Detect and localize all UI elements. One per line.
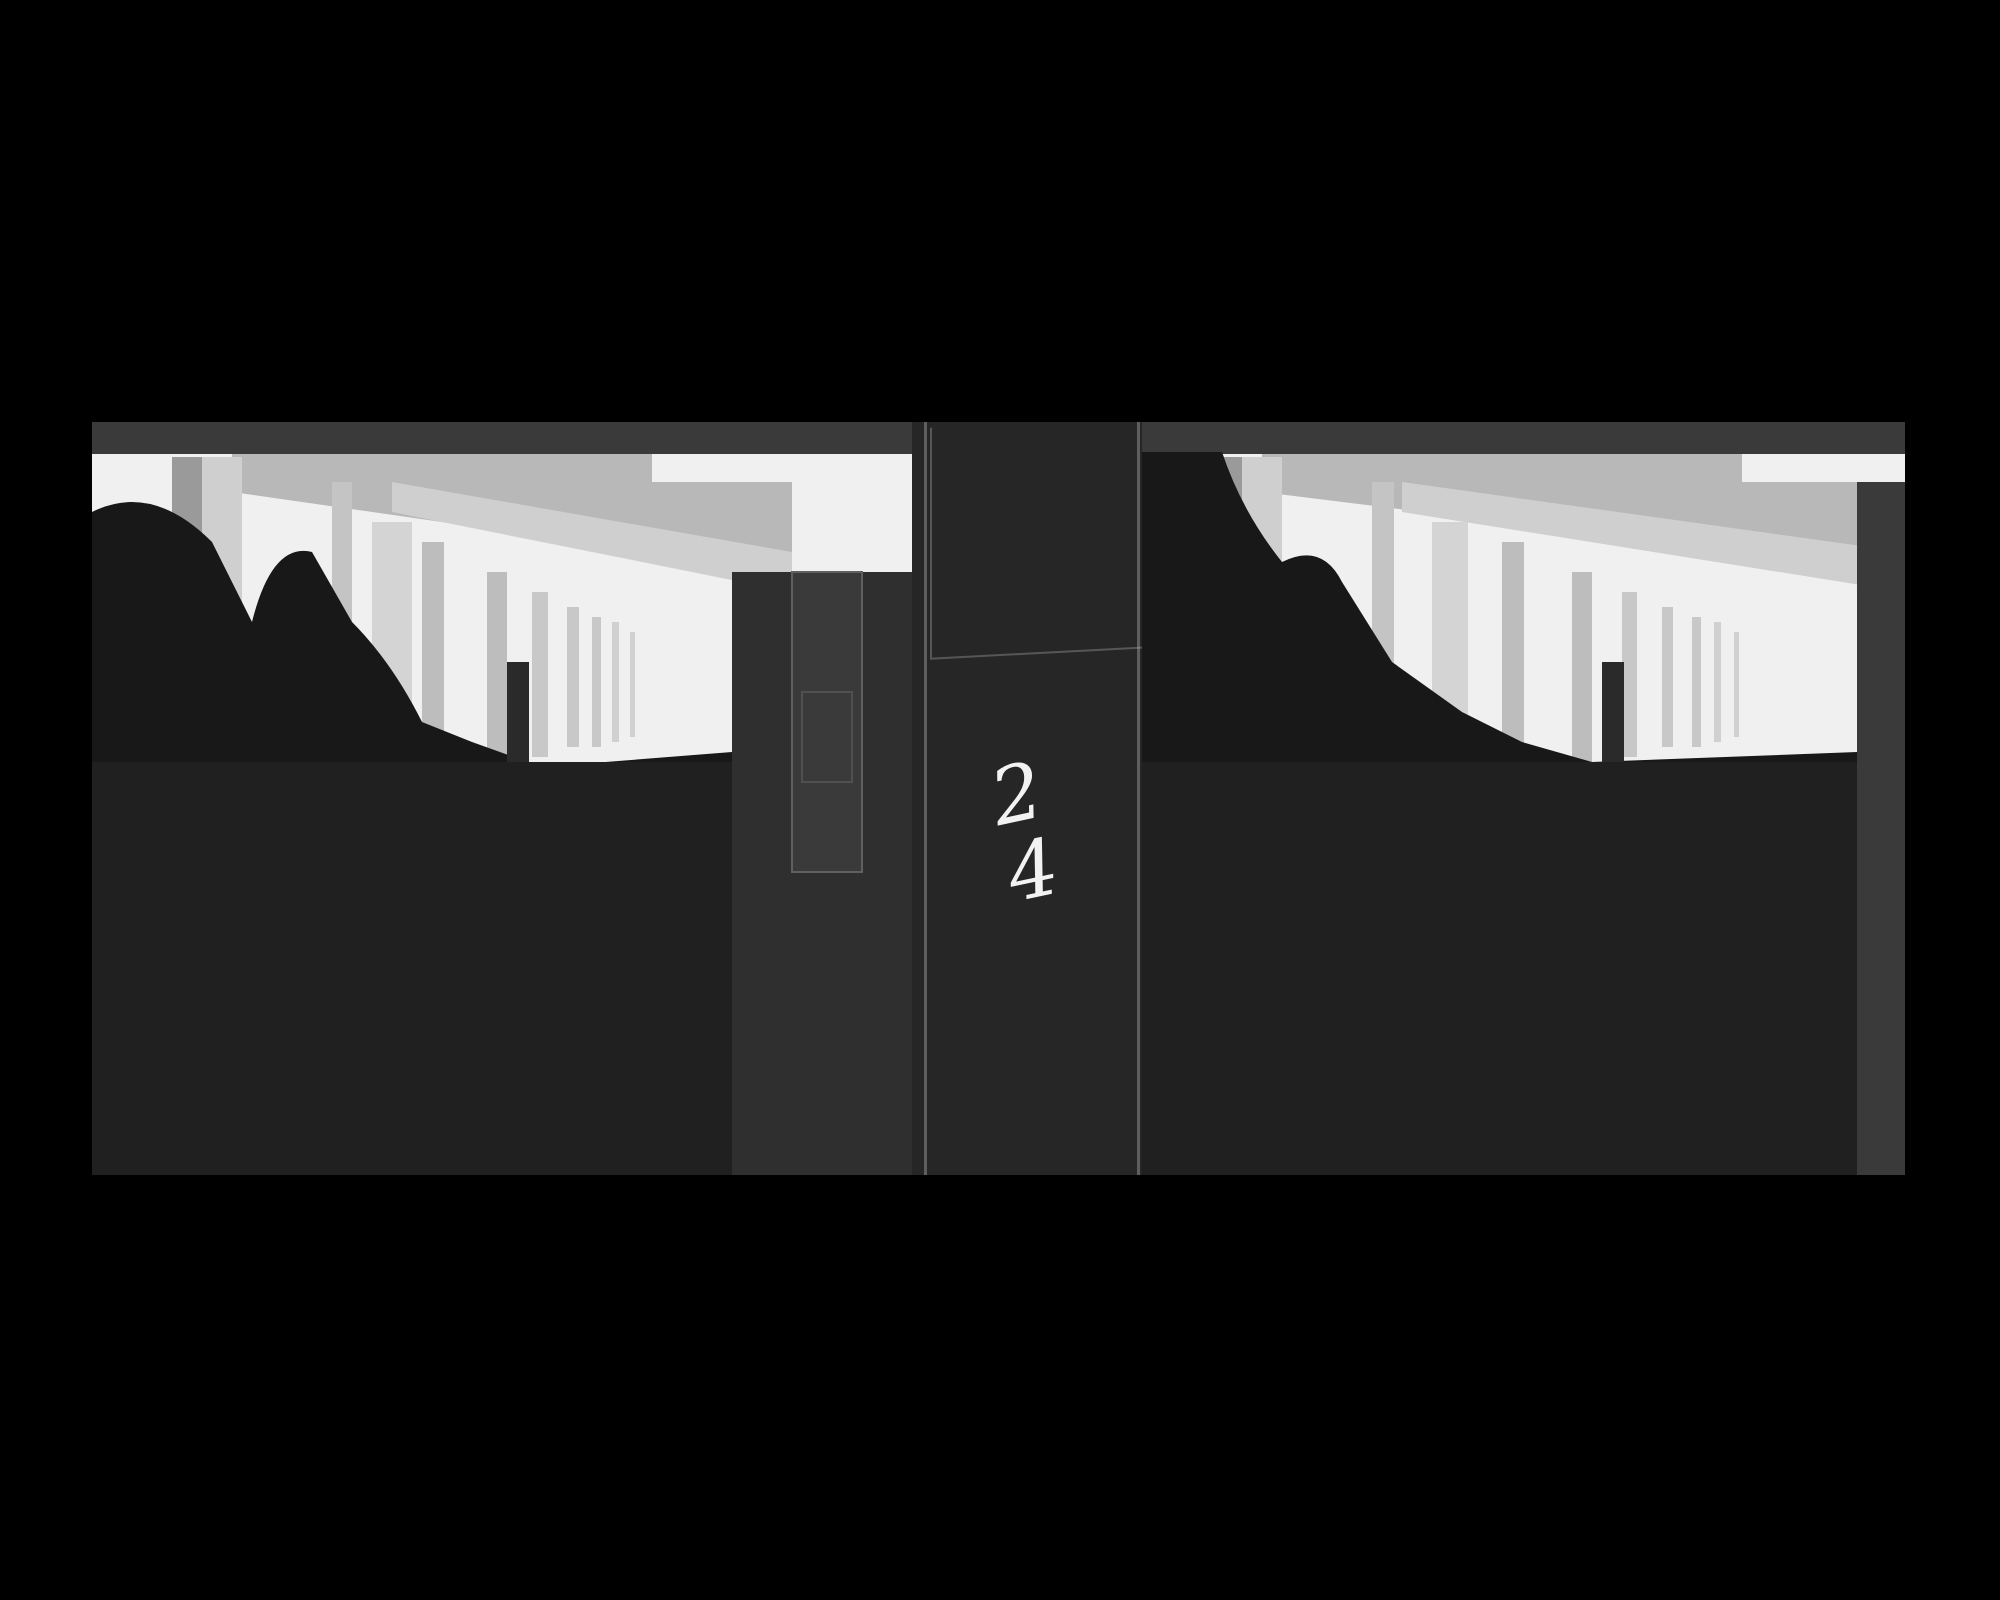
deck-scene-left — [92, 422, 912, 1175]
plate-scratch-line — [924, 422, 927, 1175]
deck-scene-right — [1142, 422, 1905, 1175]
plate-number-digit: 4 — [986, 825, 1080, 918]
label-patch-outline — [930, 422, 1149, 660]
stereo-frame-left — [92, 422, 912, 1175]
stereo-frame-right — [1142, 422, 1905, 1175]
